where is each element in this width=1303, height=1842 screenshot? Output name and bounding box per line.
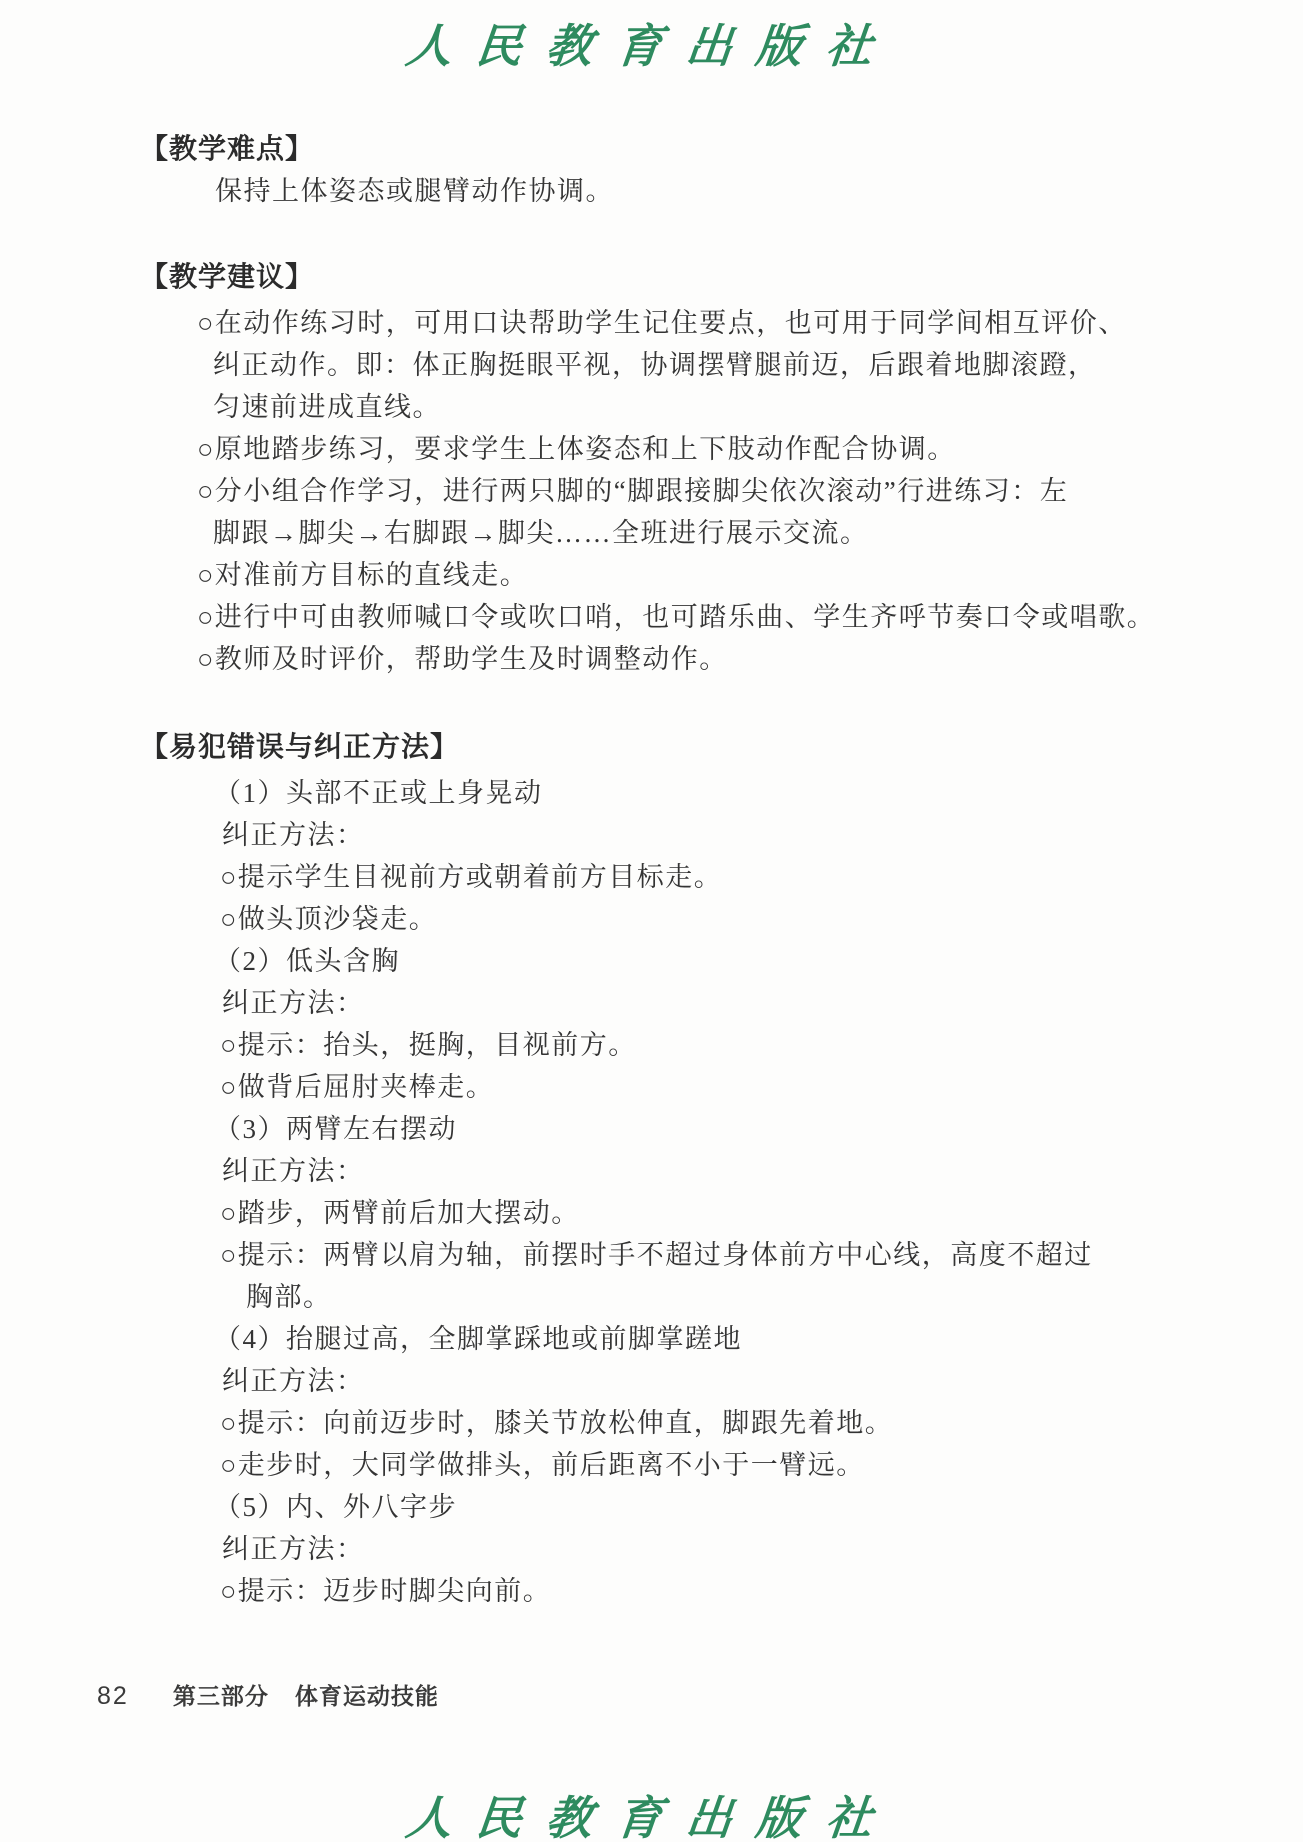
- section-heading-teaching-suggestions: 【教学建议】: [140, 256, 1303, 298]
- section-heading-teaching-difficulty: 【教学难点】: [140, 128, 1303, 170]
- method-label-line: 纠正方法：: [222, 814, 1303, 856]
- bullet-line: ○进行中可由教师喊口令或吹口哨，也可踏乐曲、学生齐呼节奏口令或唱歌。: [197, 596, 1303, 638]
- bullet-line: ○提示学生目视前方或朝着前方目标走。: [220, 856, 1303, 898]
- bullet-line: ○踏步，两臂前后加大摆动。: [220, 1192, 1303, 1234]
- bullet-line: ○做背后屈肘夹棒走。: [220, 1066, 1303, 1108]
- bullet-line: ○提示：两臂以肩为轴，前摆时手不超过身体前方中心线，高度不超过: [220, 1234, 1303, 1276]
- text-line: 匀速前进成直线。: [213, 386, 1303, 428]
- publisher-watermark-bottom: 人民教育出版社: [0, 1782, 1303, 1842]
- footer-section-title: 体育运动技能: [295, 1683, 439, 1709]
- numbered-item-line: （3）两臂左右摆动: [214, 1108, 1303, 1150]
- text-line: 胸部。: [246, 1276, 1303, 1318]
- numbered-item-line: （2）低头含胸: [214, 940, 1303, 982]
- page-number: 82: [97, 1682, 129, 1710]
- bullet-line: ○提示：迈步时脚尖向前。: [220, 1570, 1303, 1612]
- bullet-line: ○对准前方目标的直线走。: [197, 554, 1303, 596]
- text-line: 纠正动作。即：体正胸挺眼平视，协调摆臂腿前迈，后跟着地脚滚蹬，: [213, 344, 1303, 386]
- method-label-line: 纠正方法：: [222, 1150, 1303, 1192]
- bullet-line: ○做头顶沙袋走。: [220, 898, 1303, 940]
- footer-section-label: 第三部分: [173, 1683, 269, 1709]
- section-heading-common-errors: 【易犯错误与纠正方法】: [140, 726, 1303, 768]
- text-line: 保持上体姿态或腿臂动作协调。: [215, 170, 1303, 212]
- textbook-page: 人民教育出版社 【教学难点】 保持上体姿态或腿臂动作协调。 【教学建议】 ○在动…: [0, 0, 1303, 1842]
- method-label-line: 纠正方法：: [222, 982, 1303, 1024]
- bullet-line: ○在动作练习时，可用口诀帮助学生记住要点，也可用于同学间相互评价、: [197, 302, 1303, 344]
- bullet-line: ○原地踏步练习，要求学生上体姿态和上下肢动作配合协调。: [197, 428, 1303, 470]
- bullet-line: ○分小组合作学习，进行两只脚的“脚跟接脚尖依次滚动”行进练习：左: [197, 470, 1303, 512]
- method-label-line: 纠正方法：: [222, 1528, 1303, 1570]
- bullet-line: ○提示：向前迈步时，膝关节放松伸直，脚跟先着地。: [220, 1402, 1303, 1444]
- page-content: 【教学难点】 保持上体姿态或腿臂动作协调。 【教学建议】 ○在动作练习时，可用口…: [0, 0, 1303, 1612]
- bullet-line: ○教师及时评价，帮助学生及时调整动作。: [197, 638, 1303, 680]
- numbered-item-line: （1）头部不正或上身晃动: [214, 772, 1303, 814]
- text-line: 脚跟→脚尖→右脚跟→脚尖……全班进行展示交流。: [213, 512, 1303, 554]
- bullet-line: ○走步时，大同学做排头，前后距离不小于一臂远。: [220, 1444, 1303, 1486]
- page-footer: 82第三部分体育运动技能: [97, 1678, 439, 1711]
- numbered-item-line: （5）内、外八字步: [214, 1486, 1303, 1528]
- method-label-line: 纠正方法：: [222, 1360, 1303, 1402]
- bullet-line: ○提示：抬头，挺胸，目视前方。: [220, 1024, 1303, 1066]
- numbered-item-line: （4）抬腿过高，全脚掌踩地或前脚掌蹉地: [214, 1318, 1303, 1360]
